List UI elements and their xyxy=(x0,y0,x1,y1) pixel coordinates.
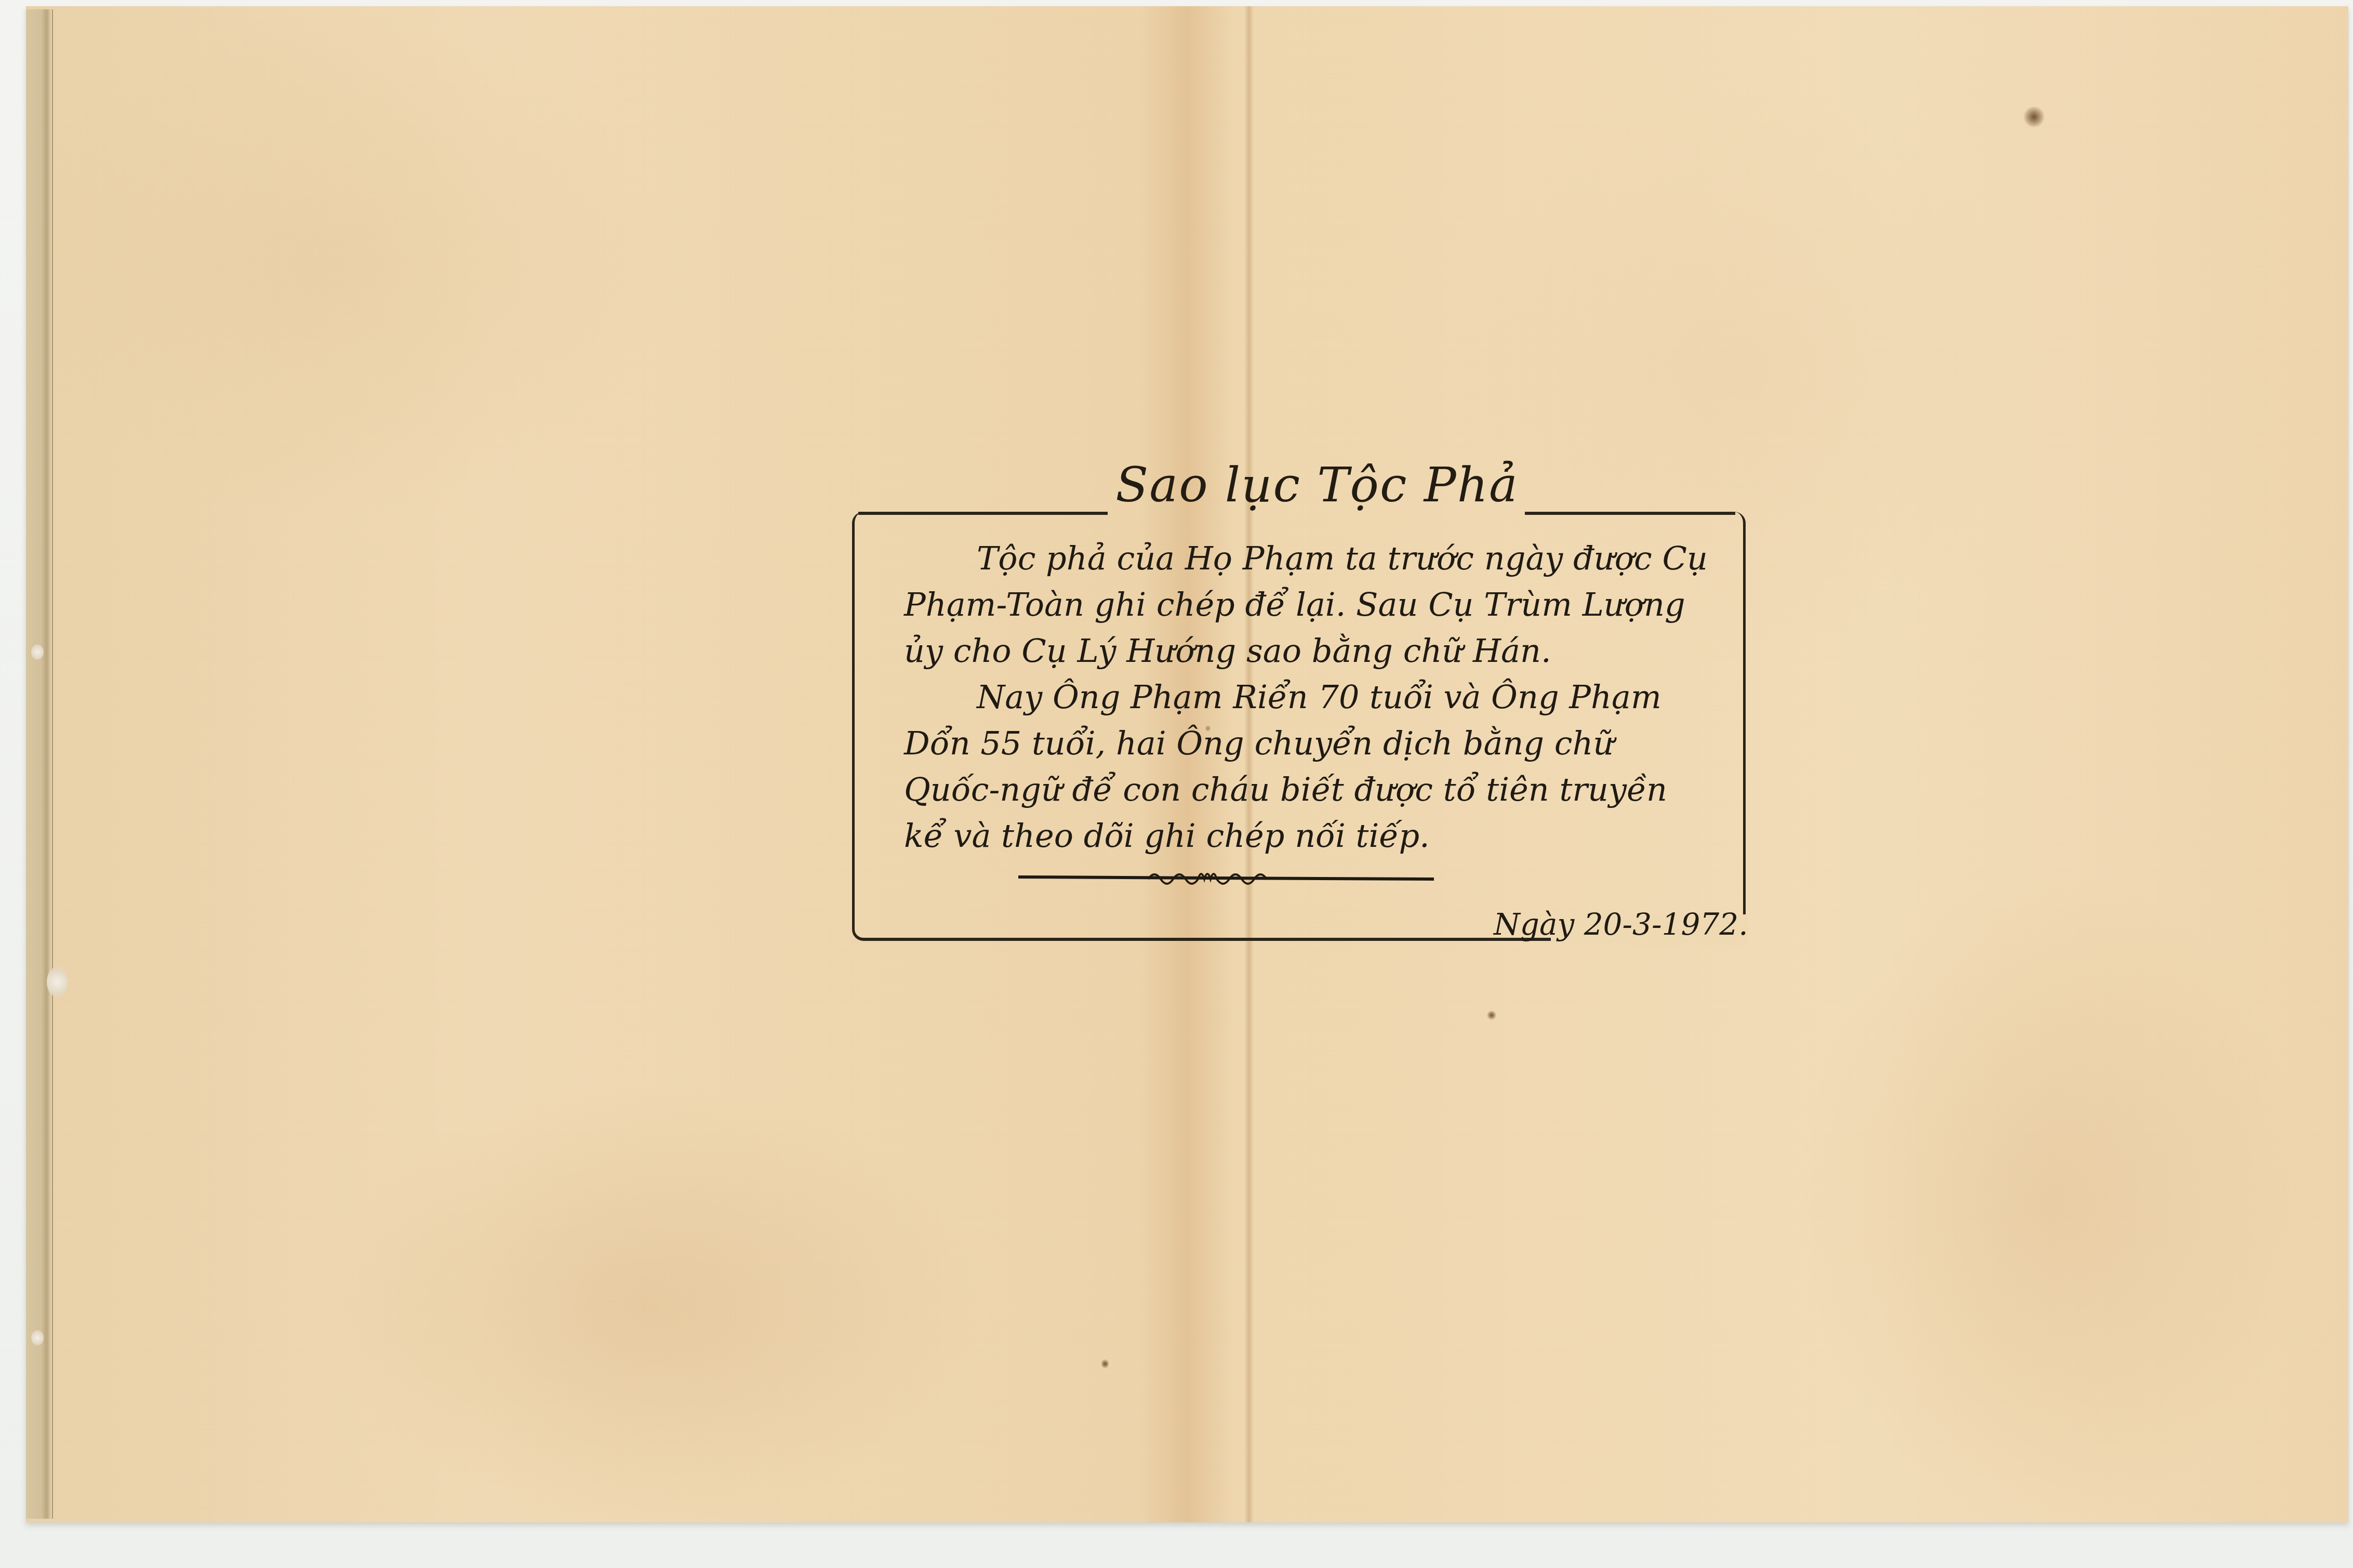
ink-stain-spot xyxy=(2024,107,2044,127)
binding-thread-stitch xyxy=(31,644,44,660)
decorative-flourish-divider xyxy=(1018,868,1434,888)
document-date: Ngày 20-3-1972. xyxy=(1494,907,1748,942)
binding-thread-stitch xyxy=(31,1330,44,1346)
ink-stain-spot xyxy=(1101,1359,1109,1369)
body-line: Quốc-ngữ để con cháu biết được tổ tiên t… xyxy=(904,766,1714,813)
book-binding-strip xyxy=(26,9,53,1519)
frame-top-right-rule xyxy=(1525,512,1735,515)
body-line: kể và theo dõi ghi chép nối tiếp. xyxy=(904,813,1714,859)
binding-thread-knot xyxy=(47,966,68,998)
body-line: Phạm-Toàn ghi chép để lại. Sau Cụ Trùm L… xyxy=(904,581,1714,628)
body-line: Nay Ông Phạm Riển 70 tuổi và Ông Phạm xyxy=(904,674,1714,720)
document-title: Sao lục Tộc Phả xyxy=(1101,457,1533,513)
frame-top-left-rule xyxy=(858,512,1108,515)
ink-stain-spot xyxy=(1487,1011,1496,1020)
body-line: ủy cho Cụ Lý Hướng sao bằng chữ Hán. xyxy=(904,628,1714,674)
body-line: Dổn 55 tuổi, hai Ông chuyển dịch bằng ch… xyxy=(904,720,1714,766)
body-line: Tộc phả của Họ Phạm ta trước ngày được C… xyxy=(904,535,1714,581)
document-body: Tộc phả của Họ Phạm ta trước ngày được C… xyxy=(904,535,1714,859)
